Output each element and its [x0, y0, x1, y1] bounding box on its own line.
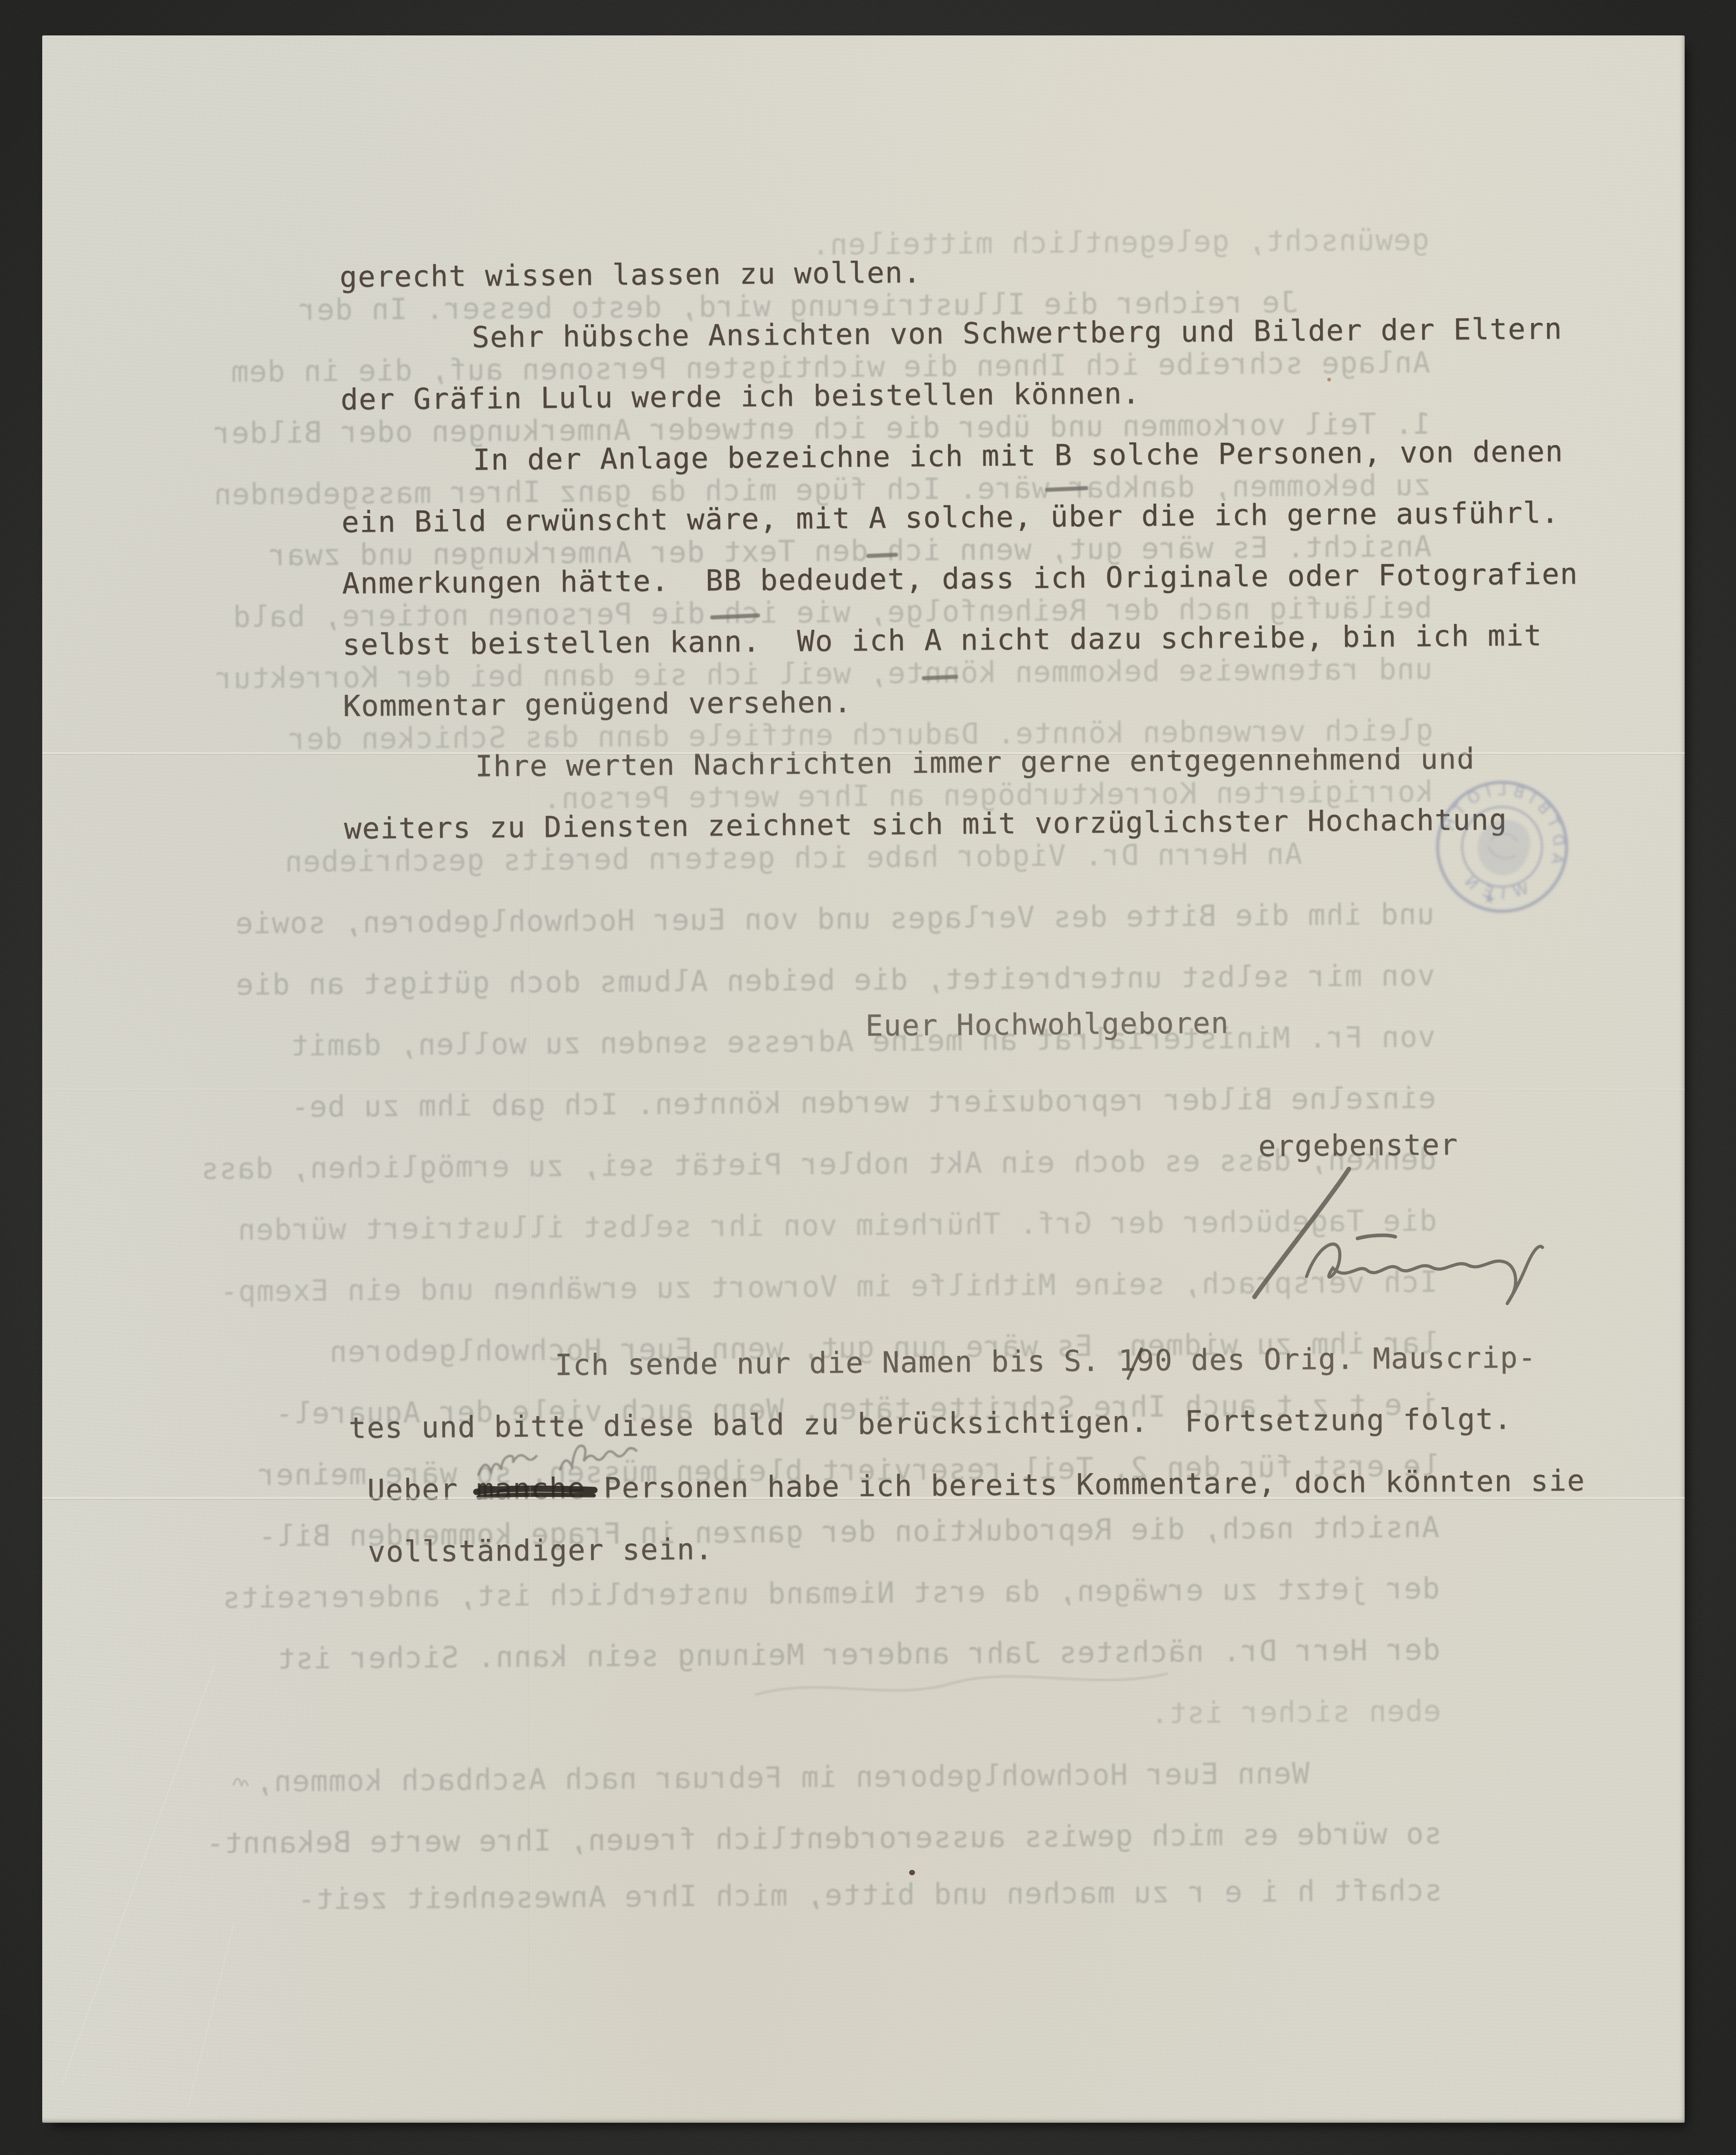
typed-line: Anmerkungen hätte. BB bedeudet, dass ich…	[342, 559, 1578, 600]
typed-line: ein Bild erwünscht wäre, mit A solche, ü…	[341, 497, 1560, 539]
typed-line: ergebenster	[1258, 1129, 1459, 1162]
typed-line: der Gräfin Lulu werde ich beistellen kön…	[341, 378, 1141, 416]
pencil-underline	[710, 613, 760, 620]
letter-page: gewünscht, gelegentlich mitteilen.Je rei…	[42, 35, 1685, 2123]
rust-speck	[1327, 378, 1331, 381]
struck-word: manche	[476, 1472, 586, 1507]
pencil-underline	[866, 553, 898, 558]
ink-dot	[909, 1870, 915, 1875]
typed-line: selbst beistellen kann. Wo ich A nicht d…	[342, 620, 1543, 661]
typed-line: gerecht wissen lassen zu wollen.	[340, 257, 922, 293]
typed-line: tes und bitte diese bald zu berücksichti…	[349, 1404, 1512, 1444]
typed-line: weiters zu Diensten zeichnet sich mit vo…	[344, 804, 1507, 845]
typed-line: vollständiger sein.	[368, 1534, 713, 1568]
scan-background: gewünscht, gelegentlich mitteilen.Je rei…	[0, 0, 1736, 2155]
pencil-underline	[922, 675, 958, 680]
typed-line: In der Anlage bezeichne ich mit B solche…	[473, 436, 1563, 476]
typed-line: Euer Hochwohlgeboren	[866, 1008, 1229, 1042]
typed-line: Ich sende nur die Namen bis S. 190 des O…	[554, 1342, 1536, 1381]
typed-line: Kommentar genügend versehen.	[343, 687, 852, 722]
pencil-underline	[1045, 486, 1088, 492]
typed-text-layer: gerecht wissen lassen zu wollen.Sehr hüb…	[35, 25, 1694, 2125]
typed-line: Sehr hübsche Ansichten von Schwertberg u…	[472, 313, 1563, 354]
typed-line: Ihre werten Nachrichten immer gerne entg…	[475, 743, 1475, 782]
typed-line: Ueber manche Personen habe ich bereits K…	[367, 1465, 1586, 1506]
letter-text-layer: gewünscht, gelegentlich mitteilen.Je rei…	[35, 25, 1694, 2125]
